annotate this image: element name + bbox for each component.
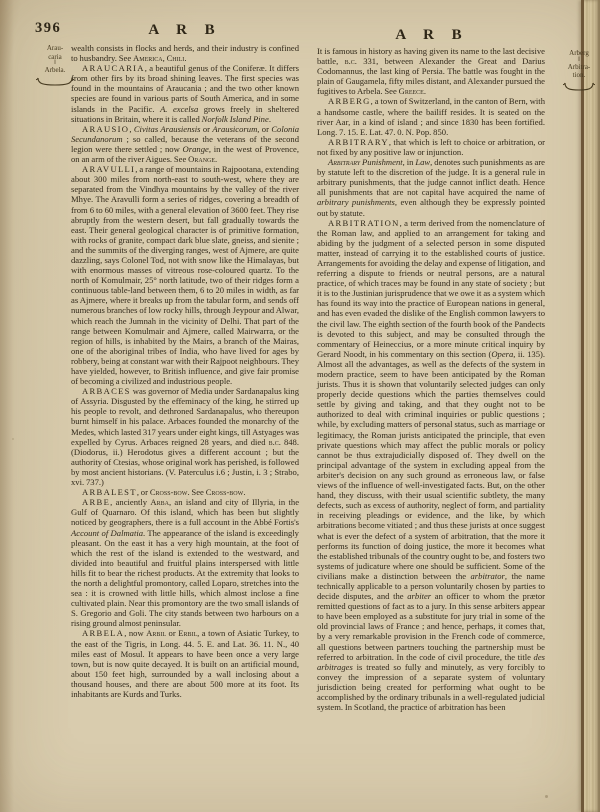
paper-speck: [12, 438, 14, 440]
book-page: 396 A R B A R B Arau-caria‖Arbela. Arber…: [0, 0, 600, 812]
running-head-right: A R B: [352, 27, 512, 44]
margin-note-line: Arbitra-: [560, 63, 598, 72]
running-head-left: A R B: [105, 22, 265, 39]
entry-paragraph: It is famous in history as having given …: [317, 46, 545, 96]
column-left: wealth consists in flocks and herds, and…: [71, 43, 299, 778]
entry-paragraph: ARBERG, a town of Switzerland, in the ca…: [317, 96, 545, 136]
page-gutter-shadow: [0, 0, 14, 812]
margin-note-line: tion.: [560, 71, 598, 80]
entry-paragraph: ARAUCARIA, a beautiful genus of the Coni…: [71, 63, 299, 124]
entry-paragraph: ARBELA, now Arbil or Erbil, a town of As…: [71, 628, 299, 699]
margin-note-right: Arberg‖Arbitra-tion.: [560, 49, 598, 92]
entry-paragraph: ARBITRARY, that which is left to choice …: [317, 137, 545, 157]
entry-paragraph: ARAVULLI, a range of mountains in Rajpoo…: [71, 164, 299, 386]
entry-paragraph: ARBE, anciently Arba, an island and city…: [71, 497, 299, 628]
paper-speck: [545, 795, 548, 798]
margin-note-right-text: Arberg‖Arbitra-tion.: [560, 49, 598, 80]
page-number: 396: [35, 20, 61, 37]
column-right: It is famous in history as having given …: [317, 46, 545, 781]
entry-paragraph: ARBITRATION, a term derived from the nom…: [317, 218, 545, 713]
entry-paragraph: Arbitrary Punishment, in Law, denotes su…: [317, 157, 545, 218]
entry-paragraph: ARBACES was governor of Media under Sard…: [71, 386, 299, 487]
entry-paragraph: ARAUSIO, Civitas Arausiensis or Arausico…: [71, 124, 299, 164]
book-page-edges: [581, 0, 600, 812]
entry-paragraph: ARBALEST, or Cross-bow. See Cross-bow.: [71, 487, 299, 497]
entry-paragraph: wealth consists in flocks and herds, and…: [71, 43, 299, 63]
margin-brace-icon: [36, 77, 74, 87]
margin-brace-icon: [563, 82, 595, 92]
